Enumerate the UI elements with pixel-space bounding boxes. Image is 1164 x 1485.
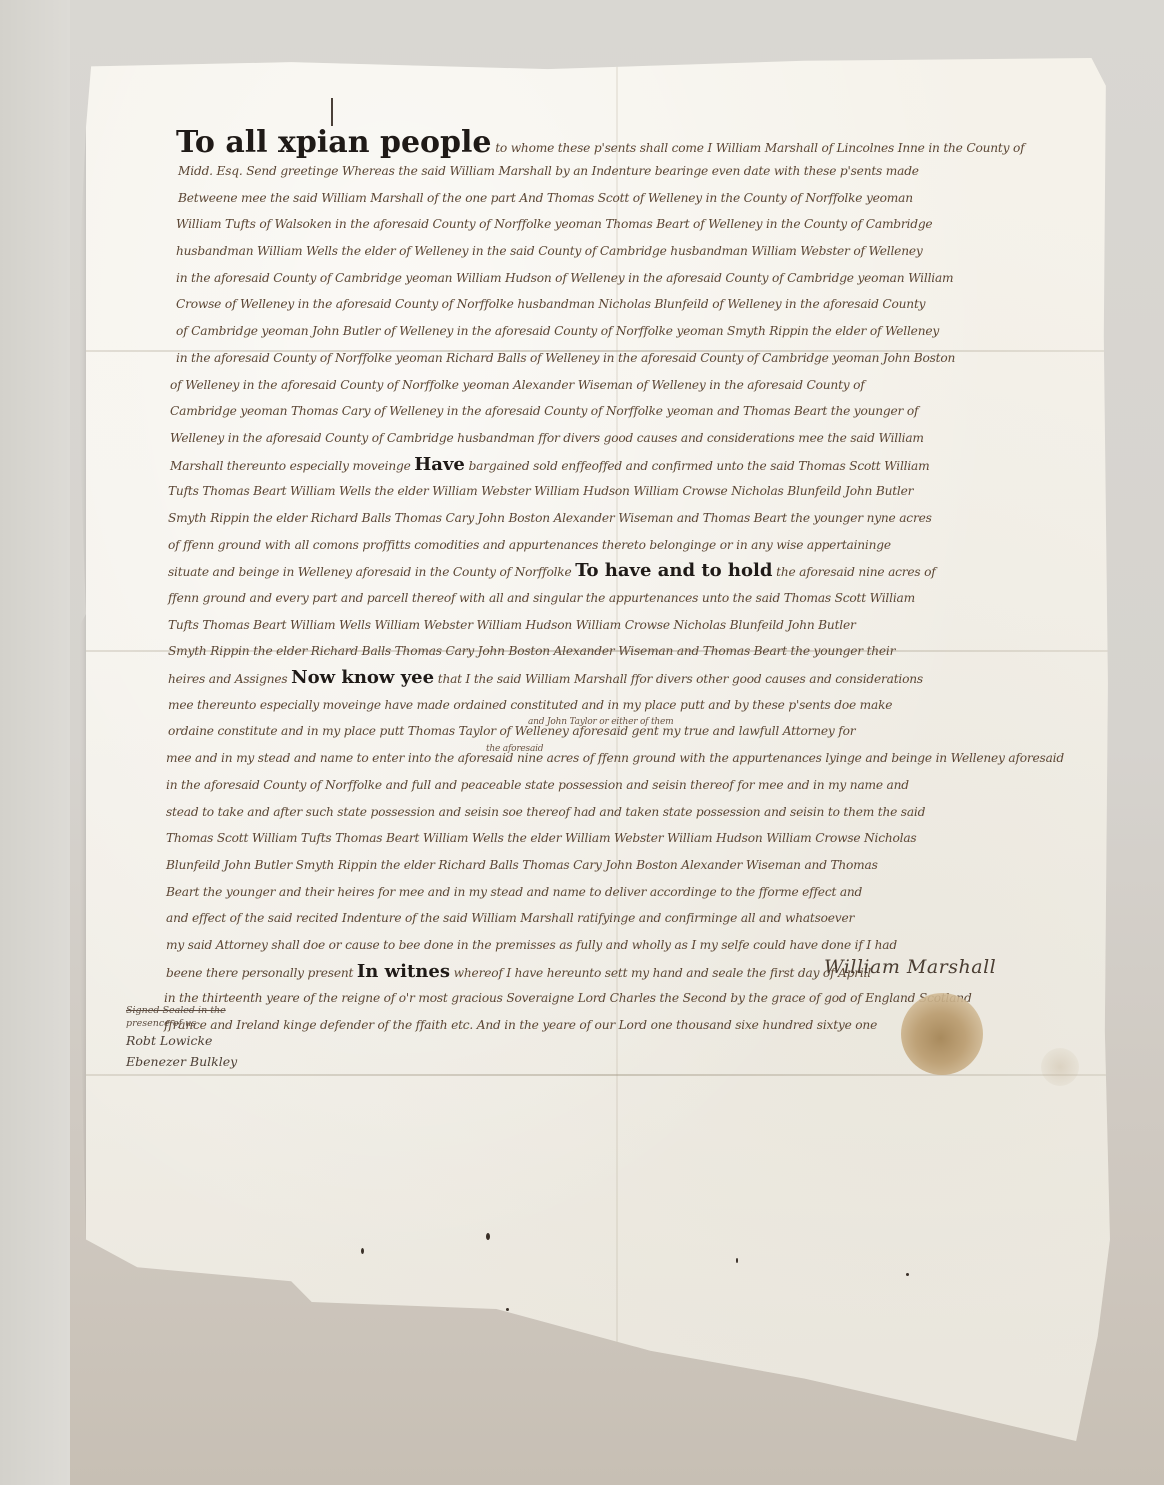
deed-line: Midd. Esq. Send greetinge Whereas the sa…	[176, 158, 1096, 185]
grantor-signature: William Marshall	[824, 956, 996, 978]
backdrop	[0, 0, 70, 1485]
deed-line: Smyth Rippin the elder Richard Balls Tho…	[168, 638, 1096, 665]
deed-line: Welleney in the aforesaid County of Camb…	[170, 425, 1096, 452]
ink-mark	[331, 98, 333, 126]
witness-signature: Ebenezer Bulkley	[126, 1051, 237, 1072]
deed-line: Thomas Scott William Tufts Thomas Beart …	[166, 825, 1096, 852]
interlinear-note: the aforesaid	[486, 736, 543, 763]
witness-caption: Signed Sealed in the	[126, 1004, 237, 1017]
deed-line: Tufts Thomas Beart William Wells the eld…	[168, 478, 1096, 505]
witness-caption: presence of us	[126, 1017, 237, 1030]
deed-line: and John Taylor or either of them ordain…	[168, 718, 1096, 745]
witness-signature: Robt Lowicke	[126, 1030, 237, 1051]
deed-line: in the aforesaid County of Cambridge yeo…	[176, 265, 1096, 292]
deed-line: my said Attorney shall doe or cause to b…	[166, 932, 1096, 959]
deed-line: situate and beinge in Welleney aforesaid…	[168, 558, 1096, 585]
deed-text: To all xpian people to whome these p'sen…	[176, 128, 1096, 1039]
deed-line: and effect of the said recited Indenture…	[166, 905, 1096, 932]
deed-line: the aforesaid mee and in my stead and na…	[166, 745, 1096, 772]
deed-heading: To all xpian people	[176, 125, 492, 160]
clause-in-witnes: In witnes	[357, 961, 450, 982]
clause-have: Have	[414, 454, 465, 475]
deed-line: stead to take and after such state posse…	[166, 799, 1096, 826]
deed-line: William Tufts of Walsoken in the aforesa…	[176, 211, 1096, 238]
deed-line: heires and Assignes Now know yee that I …	[168, 665, 1096, 692]
deed-line: of Welleney in the aforesaid County of N…	[170, 372, 1096, 399]
deed-line: Blunfeild John Butler Smyth Rippin the e…	[166, 852, 1096, 879]
deed-line: of ffenn ground with all comons proffitt…	[168, 532, 1096, 559]
deed-line: in the aforesaid County of Norffolke yeo…	[176, 345, 1096, 372]
deed-line: Smyth Rippin the elder Richard Balls Tho…	[168, 505, 1096, 532]
deed-line: Beart the younger and their heires for m…	[166, 879, 1096, 906]
deed-line: Crowse of Welleney in the aforesaid Coun…	[176, 291, 1096, 318]
seal-offset-stain	[1041, 1048, 1079, 1086]
clause-now-know-yee: Now know yee	[291, 667, 434, 688]
deed-line: of Cambridge yeoman John Butler of Welle…	[176, 318, 1096, 345]
deed-line: Tufts Thomas Beart William Wells William…	[168, 612, 1096, 639]
deed-line: Betweene mee the said William Marshall o…	[176, 185, 1096, 212]
parchment-deed: To all xpian people to whome these p'sen…	[86, 58, 1112, 1448]
paper-fold-horizontal	[86, 1074, 1112, 1076]
deed-line: Cambridge yeoman Thomas Cary of Welleney…	[170, 398, 1096, 425]
clause-to-have-and-to-hold: To have and to hold	[575, 560, 772, 581]
deed-line: To all xpian people to whome these p'sen…	[176, 128, 1096, 158]
deed-line: Marshall thereunto especially moveinge H…	[170, 452, 1096, 479]
witness-block: Signed Sealed in the presence of us Robt…	[126, 1004, 237, 1072]
wax-seal	[901, 993, 983, 1075]
deed-line: ffenn ground and every part and parcell …	[168, 585, 1096, 612]
deed-line: husbandman William Wells the elder of We…	[176, 238, 1096, 265]
deed-line: in the aforesaid County of Norffolke and…	[166, 772, 1096, 799]
interlinear-note: and John Taylor or either of them	[528, 709, 673, 736]
